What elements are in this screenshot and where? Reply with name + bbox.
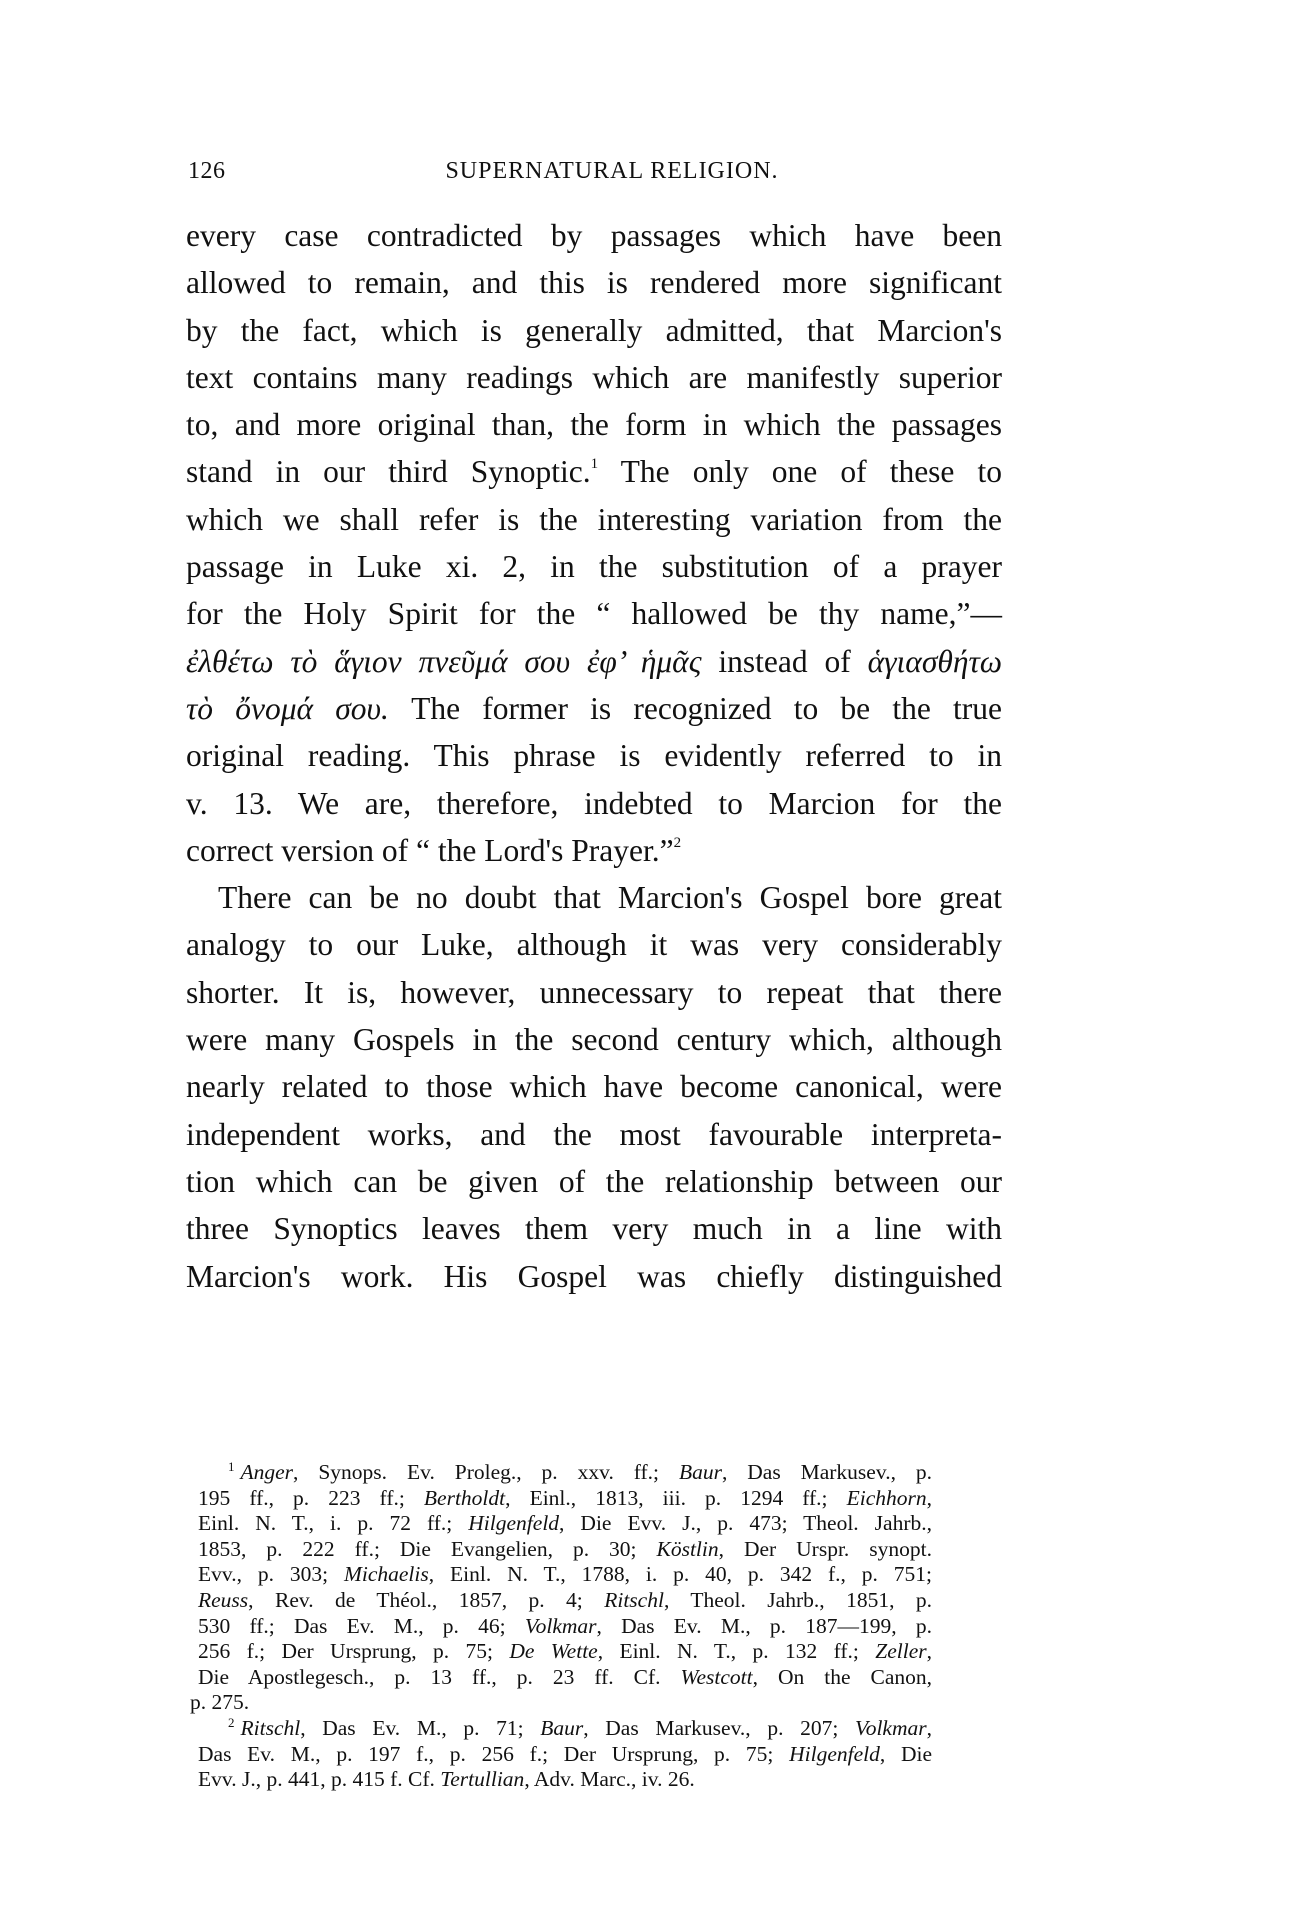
greek-line: ἐλθέτω τὸ ἅγιον πνεῦμά σου ἐφ’ ἡμᾶς inst…: [186, 638, 1002, 685]
body-line: three Synoptics leaves them very much in…: [186, 1205, 1002, 1252]
body-line: passage in Luke xi. 2, in the substituti…: [186, 543, 1002, 590]
footnote-1-line: Reuss, Rev. de Théol., 1857, p. 4; Ritsc…: [186, 1588, 932, 1614]
footnote-1-line: 530 ff.; Das Ev. M., p. 46; Volkmar, Das…: [186, 1614, 932, 1640]
body-line: original reading. This phrase is evident…: [186, 732, 1002, 779]
footnote-1-line: Einl. N. T., i. p. 72 ff.; Hilgenfeld, D…: [186, 1511, 932, 1537]
footnote-2-line: Evv. J., p. 441, p. 415 f. Cf. Tertullia…: [186, 1767, 932, 1793]
footnote-1-line: 1Anger, Synops. Ev. Proleg., p. xxv. ff.…: [186, 1460, 932, 1486]
footnote-1-line: 1853, p. 222 ff.; Die Evangelien, p. 30;…: [186, 1537, 932, 1563]
footnote-1-line: 195 ff., p. 223 ff.; Bertholdt, Einl., 1…: [186, 1486, 932, 1512]
greek-line: τὸ ὄνομά σου. The former is recognized t…: [186, 685, 1002, 732]
body-line: every case contradicted by passages whic…: [186, 212, 1002, 259]
footnote-mark-2: 2: [228, 1715, 235, 1730]
footnote-2-line: 2Ritschl, Das Ev. M., p. 71; Baur, Das M…: [186, 1716, 932, 1742]
footnote-1-line: Die Apostlegesch., p. 13 ff., p. 23 ff. …: [186, 1665, 932, 1691]
body-line: text contains many readings which are ma…: [186, 354, 1002, 401]
body-line: nearly related to those which have becom…: [186, 1063, 1002, 1110]
body-line: by the fact, which is generally admitted…: [186, 307, 1002, 354]
body-line: to, and more original than, the form in …: [186, 401, 1002, 448]
body-text: every case contradicted by passages whic…: [186, 212, 1002, 1300]
footnotes: 1Anger, Synops. Ev. Proleg., p. xxv. ff.…: [186, 1460, 932, 1793]
footnote-1-line: p. 275.: [186, 1690, 932, 1716]
greek-quote-canonical-cont: τὸ ὄνομά σου.: [186, 691, 389, 726]
paragraph-start: There can be no doubt that Marcion's Gos…: [186, 874, 1002, 921]
running-head: 126 SUPERNATURAL RELIGION.: [186, 158, 1002, 198]
body-line: independent works, and the most favourab…: [186, 1111, 1002, 1158]
body-line: allowed to remain, and this is rendered …: [186, 259, 1002, 306]
body-line: were many Gospels in the second century …: [186, 1016, 1002, 1063]
body-line: tion which can be given of the relations…: [186, 1158, 1002, 1205]
footnote-1-line: Evv., p. 303; Michaelis, Einl. N. T., 17…: [186, 1562, 932, 1588]
greek-quote-canonical: ἁγιασθήτω: [868, 644, 1002, 679]
footnote-mark-1: 1: [228, 1459, 235, 1474]
running-title: SUPERNATURAL RELIGION.: [186, 158, 1002, 185]
footnote-ref-2[interactable]: 2: [674, 835, 682, 851]
body-line: correct version of “ the Lord's Prayer.”…: [186, 827, 1002, 874]
body-line: which we shall refer is the interesting …: [186, 496, 1002, 543]
book-page: 126 SUPERNATURAL RELIGION. every case co…: [186, 158, 1002, 1300]
footnote-2-line: Das Ev. M., p. 197 f., p. 256 f.; Der Ur…: [186, 1742, 932, 1768]
body-line: stand in our third Synoptic.1 The only o…: [186, 448, 1002, 495]
body-line: v. 13. We are, therefore, indebted to Ma…: [186, 780, 1002, 827]
footnote-1-line: 256 f.; Der Ursprung, p. 75; De Wette, E…: [186, 1639, 932, 1665]
body-line: Marcion's work. His Gospel was chiefly d…: [186, 1253, 1002, 1300]
body-line: analogy to our Luke, although it was ver…: [186, 921, 1002, 968]
body-line: for the Holy Spirit for the “ hallowed b…: [186, 590, 1002, 637]
greek-quote-marcion: ἐλθέτω τὸ ἅγιον πνεῦμά σου ἐφ’ ἡμᾶς: [186, 644, 702, 679]
body-line: shorter. It is, however, unnecessary to …: [186, 969, 1002, 1016]
